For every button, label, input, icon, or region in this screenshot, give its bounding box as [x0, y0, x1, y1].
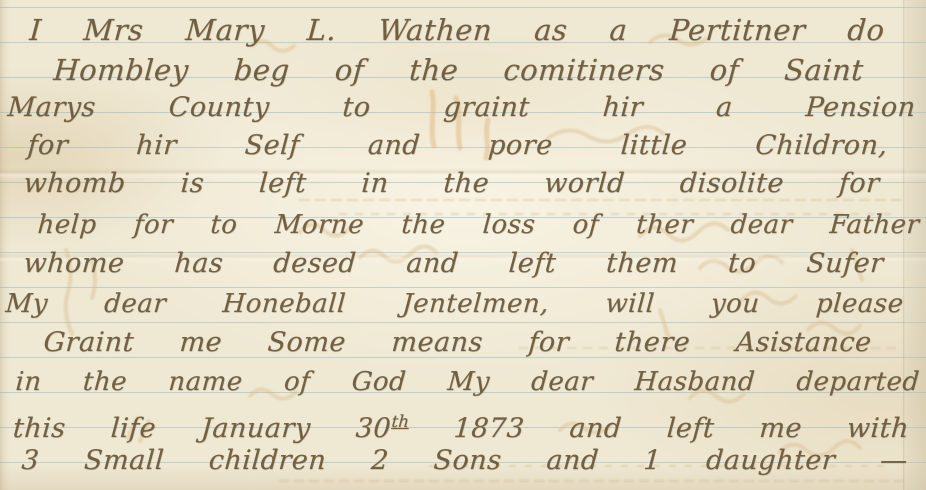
letter-line-6: help for to Morne the loss of ther dear …	[36, 205, 921, 247]
letter-line-12: 3 Small children 2 Sons and 1 daughter —	[20, 441, 909, 483]
letter-line-3: Marys County to graint hir a Pension	[6, 88, 917, 130]
letter-line-11: this life January 30th 1873 and left me …	[12, 401, 911, 443]
letter-line-8: My dear Honeball Jentelmen, will you ple…	[4, 284, 905, 326]
handwriting-layer: I Mrs Mary L. Wathen as a Pertitner do H…	[0, 0, 926, 490]
letter-line-1: I Mrs Mary L. Wathen as a Pertitner do	[28, 10, 886, 52]
letter-line-2: Hombley beg of the comitiners of Saint	[52, 50, 865, 92]
superscript-th: th	[391, 411, 410, 431]
letter-line-4: for hir Self and pore little Childron,	[26, 126, 889, 168]
letter-page: I Mrs Mary L. Wathen as a Pertitner do H…	[0, 0, 926, 490]
letter-line-7: whome has desed and left them to Sufer	[22, 244, 885, 286]
line-segment-date-post: 1873 and left me with	[453, 413, 911, 444]
line-segment-date-pre: this life January 30	[12, 413, 392, 444]
letter-line-9: Graint me Some means for there Asistance	[42, 323, 873, 365]
letter-line-10: in the name of God My dear Hasband depar…	[14, 362, 921, 404]
letter-line-5: whomb is left in the world disolite for	[22, 164, 881, 206]
